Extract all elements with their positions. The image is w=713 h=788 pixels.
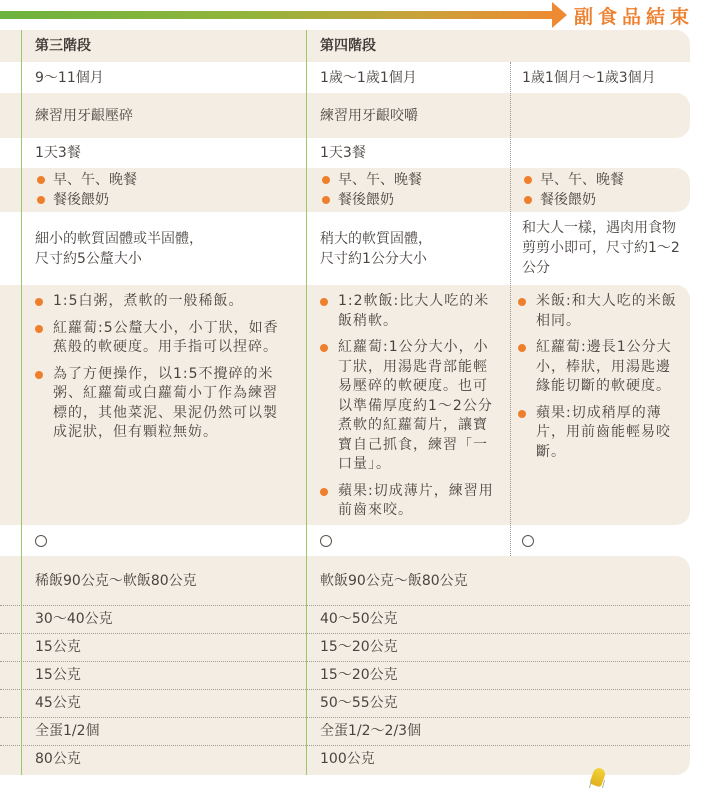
stage4b-age: 1歲1個月～1歲3個月 xyxy=(510,62,690,93)
stage4b-food-list: 米飯:和大人吃的米飯相同。 紅蘿蔔:邊長1公分大小，棒狀，用湯匙邊緣能切斷的軟硬… xyxy=(516,292,684,469)
stage-title-row: 第三階段 第四階段 xyxy=(0,30,690,62)
stage3-food-list: 1:5白粥，煮軟的一般稀飯。 紅蘿蔔:5公釐大小，小丁狀，如香蕉般的軟硬度。用手… xyxy=(33,292,291,450)
quantity-row: 15公克 15～20公克 xyxy=(0,633,690,661)
purpose-row: 練習用牙齦壓碎 練習用牙齦咬嚼 xyxy=(0,93,690,138)
stage4-quantity: 15～20公克 xyxy=(306,633,690,661)
circle-icon xyxy=(35,535,47,547)
stage3-quantity: 45公克 xyxy=(21,689,306,717)
stage4-quantity: 40～50公克 xyxy=(306,605,690,633)
texture-row: 細小的軟質固體或半固體， 尺寸約5公釐大小 稍大的軟質固體， 尺寸約1公分大小 … xyxy=(0,212,690,285)
list-item: 早、午、晚餐 xyxy=(522,170,624,190)
arrow-head-icon xyxy=(552,2,567,28)
stage4-texture: 稍大的軟質固體， 尺寸約1公分大小 xyxy=(306,212,510,285)
stage3-title: 第三階段 xyxy=(21,30,306,62)
stage3-texture-line2: 尺寸約5公釐大小 xyxy=(35,249,203,269)
stage4-quantity: 15～20公克 xyxy=(306,661,690,689)
stage4-quantity: 50～55公克 xyxy=(306,689,690,717)
list-item: 紅蘿蔔:1公分大小，小丁狀，用湯匙背部能輕易壓碎的軟硬度。也可以準備厚度約1～2… xyxy=(318,338,502,475)
quantity-row: 稀飯90公克～軟飯80公克 軟飯90公克～飯80公克 xyxy=(0,556,690,605)
corn-husk-icon xyxy=(589,780,605,788)
stage4-texture-line1: 稍大的軟質固體， xyxy=(320,229,432,249)
list-item: 早、午、晚餐 xyxy=(35,170,137,190)
food-examples-row: 1:5白粥，煮軟的一般稀飯。 紅蘿蔔:5公釐大小，小丁狀，如香蕉般的軟硬度。用手… xyxy=(0,285,690,525)
stage4-quantity: 軟飯90公克～飯80公克 xyxy=(306,556,690,605)
stage4-purpose: 練習用牙齦咬嚼 xyxy=(306,93,510,138)
stage3-quantity: 15公克 xyxy=(21,661,306,689)
stage3-quantity: 30～40公克 xyxy=(21,605,306,633)
stage4-meals: 1天3餐 xyxy=(306,138,510,168)
stage4-feeding: 早、午、晚餐 餐後餵奶 xyxy=(306,168,510,212)
stage3-quantity: 15公克 xyxy=(21,633,306,661)
quantity-row: 80公克 100公克 xyxy=(0,745,690,773)
quantity-row: 全蛋1/2個 全蛋1/2～2/3個 xyxy=(0,717,690,745)
stage4b-feeding: 早、午、晚餐 餐後餵奶 xyxy=(510,168,690,212)
stage3-feeding-list: 早、午、晚餐 餐後餵奶 xyxy=(35,170,137,210)
stage4b-circle xyxy=(510,525,690,556)
list-item: 1:2軟飯:比大人吃的米飯稍軟。 xyxy=(318,292,502,331)
column-divider xyxy=(21,30,22,775)
list-item: 餐後餵奶 xyxy=(35,190,137,210)
quantity-row: 30～40公克 40～50公克 xyxy=(0,605,690,633)
list-item: 米飯:和大人吃的米飯相同。 xyxy=(516,292,684,331)
stage4-quantity: 全蛋1/2～2/3個 xyxy=(306,717,690,745)
list-item: 早、午、晚餐 xyxy=(320,170,422,190)
circle-icon xyxy=(320,535,332,547)
list-item: 餐後餵奶 xyxy=(522,190,624,210)
column-divider xyxy=(306,30,307,775)
stage3-texture: 細小的軟質固體或半固體， 尺寸約5公釐大小 xyxy=(21,212,306,285)
timeline-arrow-bar xyxy=(0,11,556,19)
stage3-quantity: 80公克 xyxy=(21,745,306,773)
stage4b-texture-text: 和大人一樣，遇肉用食物剪剪小即可，尺寸約1～2公分 xyxy=(522,218,682,278)
stage4-texture-line2: 尺寸約1公分大小 xyxy=(320,249,432,269)
weaning-end-label: 副食品結束 xyxy=(574,2,694,29)
list-item: 1:5白粥，煮軟的一般稀飯。 xyxy=(33,292,291,312)
list-item: 紅蘿蔔:5公釐大小，小丁狀，如香蕉般的軟硬度。用手指可以捏碎。 xyxy=(33,319,291,358)
circle-mark-row xyxy=(0,525,690,556)
list-item: 蘋果:切成薄片，練習用前齒來咬。 xyxy=(318,482,502,521)
list-item: 紅蘿蔔:邊長1公分大小，棒狀，用湯匙邊緣能切斷的軟硬度。 xyxy=(516,338,684,397)
stage3-meals: 1天3餐 xyxy=(21,138,306,168)
list-item: 為了方便操作，以1:5不攪碎的米粥、紅蘿蔔或白蘿蔔小丁作為練習標的，其他菜泥、果… xyxy=(33,365,291,443)
meals-row: 1天3餐 1天3餐 xyxy=(0,138,690,168)
stage4-feeding-list: 早、午、晚餐 餐後餵奶 xyxy=(320,170,422,210)
list-item: 餐後餵奶 xyxy=(320,190,422,210)
stage4-quantity: 100公克 xyxy=(306,745,690,773)
feeding-row: 早、午、晚餐 餐後餵奶 早、午、晚餐 餐後餵奶 早、午、晚餐 餐後餵奶 xyxy=(0,168,690,212)
column-divider-dotted xyxy=(510,62,511,556)
stage3-texture-line1: 細小的軟質固體或半固體， xyxy=(35,229,203,249)
stage4-age: 1歲～1歲1個月 xyxy=(306,62,510,93)
list-item: 蘋果:切成稍厚的薄片，用前齒能輕易咬斷。 xyxy=(516,404,684,463)
stage4b-feeding-list: 早、午、晚餐 餐後餵奶 xyxy=(522,170,624,210)
stage4-circle xyxy=(306,525,510,556)
stage3-quantity: 稀飯90公克～軟飯80公克 xyxy=(21,556,306,605)
quantities-block: 稀飯90公克～軟飯80公克 軟飯90公克～飯80公克 30～40公克 40～50… xyxy=(0,556,690,775)
age-row: 9～11個月 1歲～1歲1個月 1歲1個月～1歲3個月 xyxy=(0,62,690,93)
stage3-circle xyxy=(21,525,306,556)
stage4b-texture: 和大人一樣，遇肉用食物剪剪小即可，尺寸約1～2公分 xyxy=(510,212,690,285)
stage3-age: 9～11個月 xyxy=(21,62,306,93)
stage4-title: 第四階段 xyxy=(306,30,510,62)
stage3-feeding: 早、午、晚餐 餐後餵奶 xyxy=(21,168,306,212)
stage3-purpose: 練習用牙齦壓碎 xyxy=(21,93,306,138)
stage4-food-list: 1:2軟飯:比大人吃的米飯稍軟。 紅蘿蔔:1公分大小，小丁狀，用湯匙背部能輕易壓… xyxy=(318,292,502,528)
quantity-row: 45公克 50～55公克 xyxy=(0,689,690,717)
circle-icon xyxy=(522,535,534,547)
stage3-quantity: 全蛋1/2個 xyxy=(21,717,306,745)
quantity-row: 15公克 15～20公克 xyxy=(0,661,690,689)
